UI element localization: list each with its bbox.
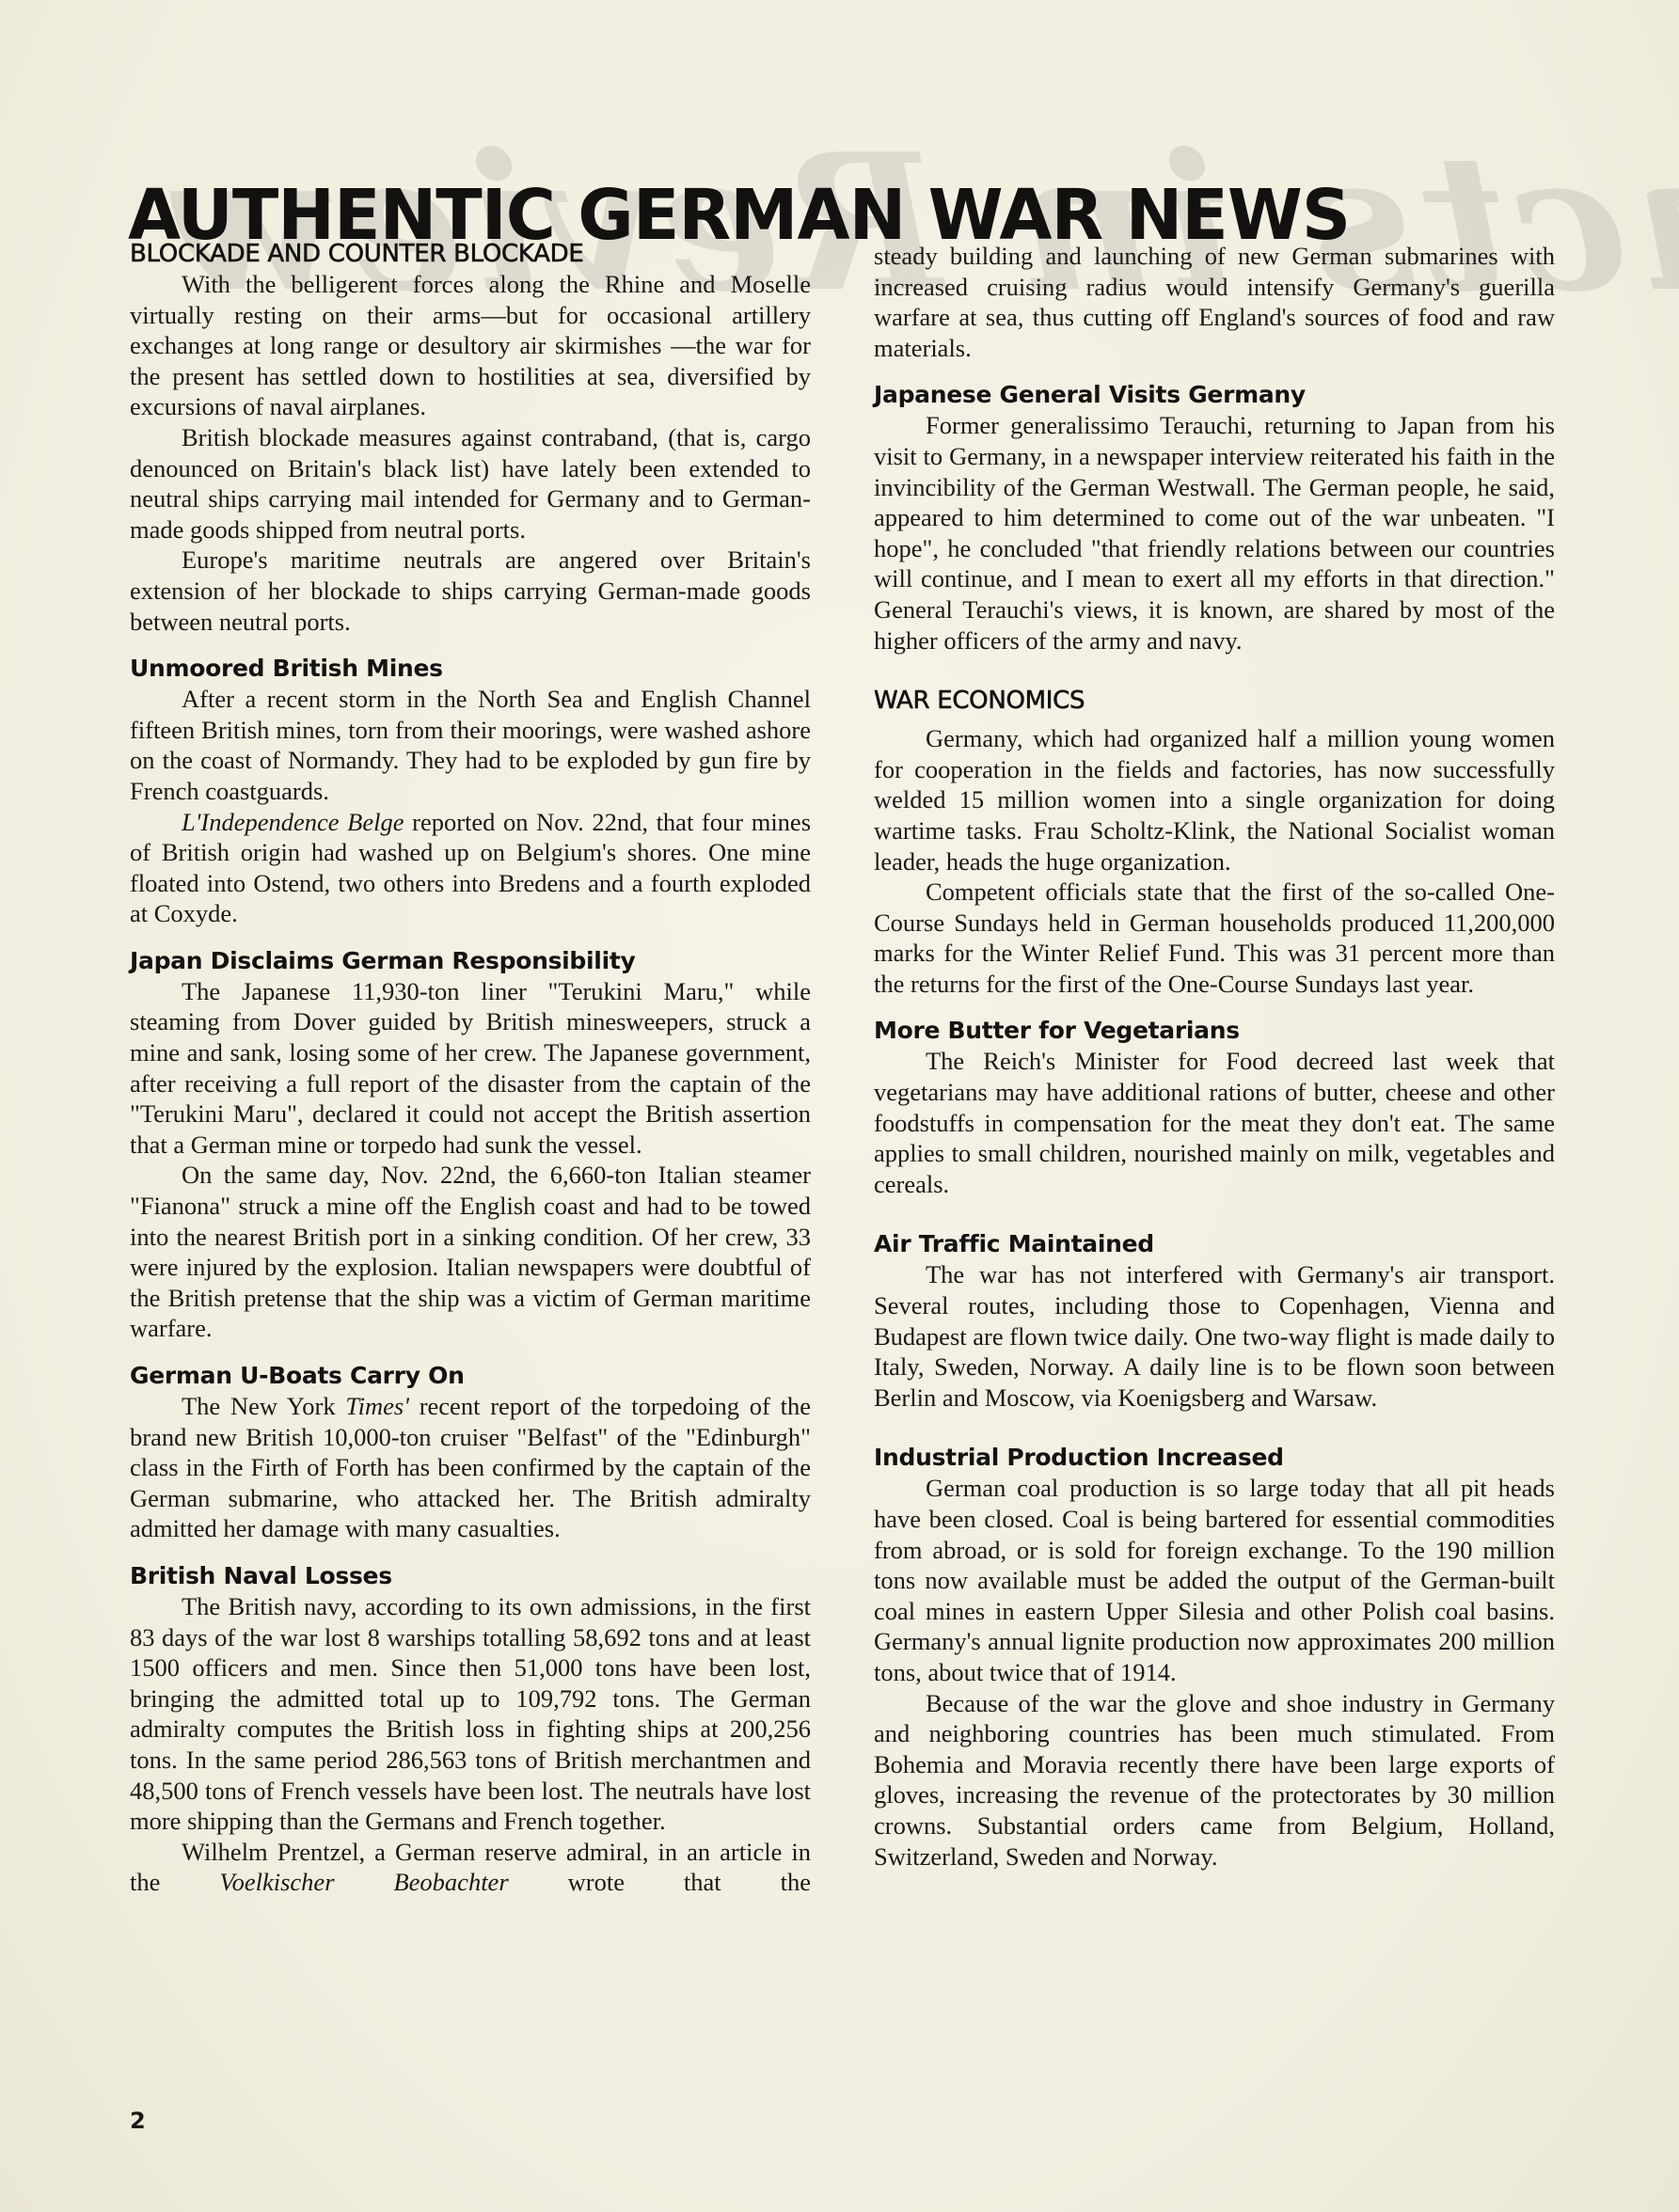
paragraph: With the belligerent forces along the Rh… — [130, 269, 811, 422]
paragraph: On the same day, Nov. 22nd, the 6,660-to… — [130, 1160, 811, 1344]
paragraph: The war has not interfered with Germany'… — [874, 1259, 1555, 1413]
paragraph-text: wrote that the — [568, 1868, 811, 1896]
newsletter-page: Facts in Review AUTHENTIC GERMAN WAR NEW… — [0, 0, 1679, 2212]
continued-paragraph: steady building and launching of new Ger… — [874, 241, 1555, 363]
paragraph: The New York Times' recent report of the… — [130, 1391, 811, 1544]
paragraph: Germany, which had organized half a mill… — [874, 723, 1555, 877]
paragraph: Competent officials state that the first… — [874, 877, 1555, 999]
publication-name: L'Independence Belge — [182, 808, 404, 836]
paragraph: After a recent storm in the North Sea an… — [130, 684, 811, 806]
left-column: BLOCKADE AND COUNTER BLOCKADE With the b… — [130, 239, 811, 1898]
paragraph: British blockade measures against contra… — [130, 422, 811, 545]
paragraph: Europe's maritime neutrals are angered o… — [130, 545, 811, 637]
section-heading-blockade: BLOCKADE AND COUNTER BLOCKADE — [130, 239, 811, 269]
page-number: 2 — [130, 2108, 146, 2134]
section-heading-unmoored-mines: Unmoored British Mines — [130, 654, 811, 684]
section-heading-u-boats: German U-Boats Carry On — [130, 1361, 811, 1391]
paragraph: German coal production is so large today… — [874, 1473, 1555, 1687]
publication-name: Voelkischer Beobachter — [219, 1868, 508, 1896]
right-column: steady building and launching of new Ger… — [874, 241, 1555, 1872]
paragraph: The Japanese 11,930-ton liner "Terukini … — [130, 976, 811, 1161]
paragraph: L'Independence Belge reported on Nov. 22… — [130, 807, 811, 929]
paragraph: The Reich's Minister for Food decreed la… — [874, 1046, 1555, 1199]
publication-name: Times' — [345, 1392, 409, 1420]
section-heading-japan-disclaims: Japan Disclaims German Responsibility — [130, 946, 811, 976]
paragraph-text: The New York — [182, 1392, 336, 1420]
paragraph: Because of the war the glove and shoe in… — [874, 1688, 1555, 1872]
paragraph: Wilhelm Prentzel, a German reserve admir… — [130, 1837, 811, 1898]
paragraph: The British navy, according to its own a… — [130, 1591, 811, 1837]
section-heading-butter: More Butter for Vegetarians — [874, 1016, 1555, 1046]
section-heading-war-economics: WAR ECONOMICS — [874, 686, 1555, 716]
section-heading-naval-losses: British Naval Losses — [130, 1561, 811, 1591]
section-heading-japanese-general: Japanese General Visits Germany — [874, 380, 1555, 410]
paragraph: Former generalissimo Terauchi, returning… — [874, 410, 1555, 656]
section-heading-industrial-production: Industrial Production Increased — [874, 1443, 1555, 1473]
section-heading-air-traffic: Air Traffic Maintained — [874, 1229, 1555, 1259]
